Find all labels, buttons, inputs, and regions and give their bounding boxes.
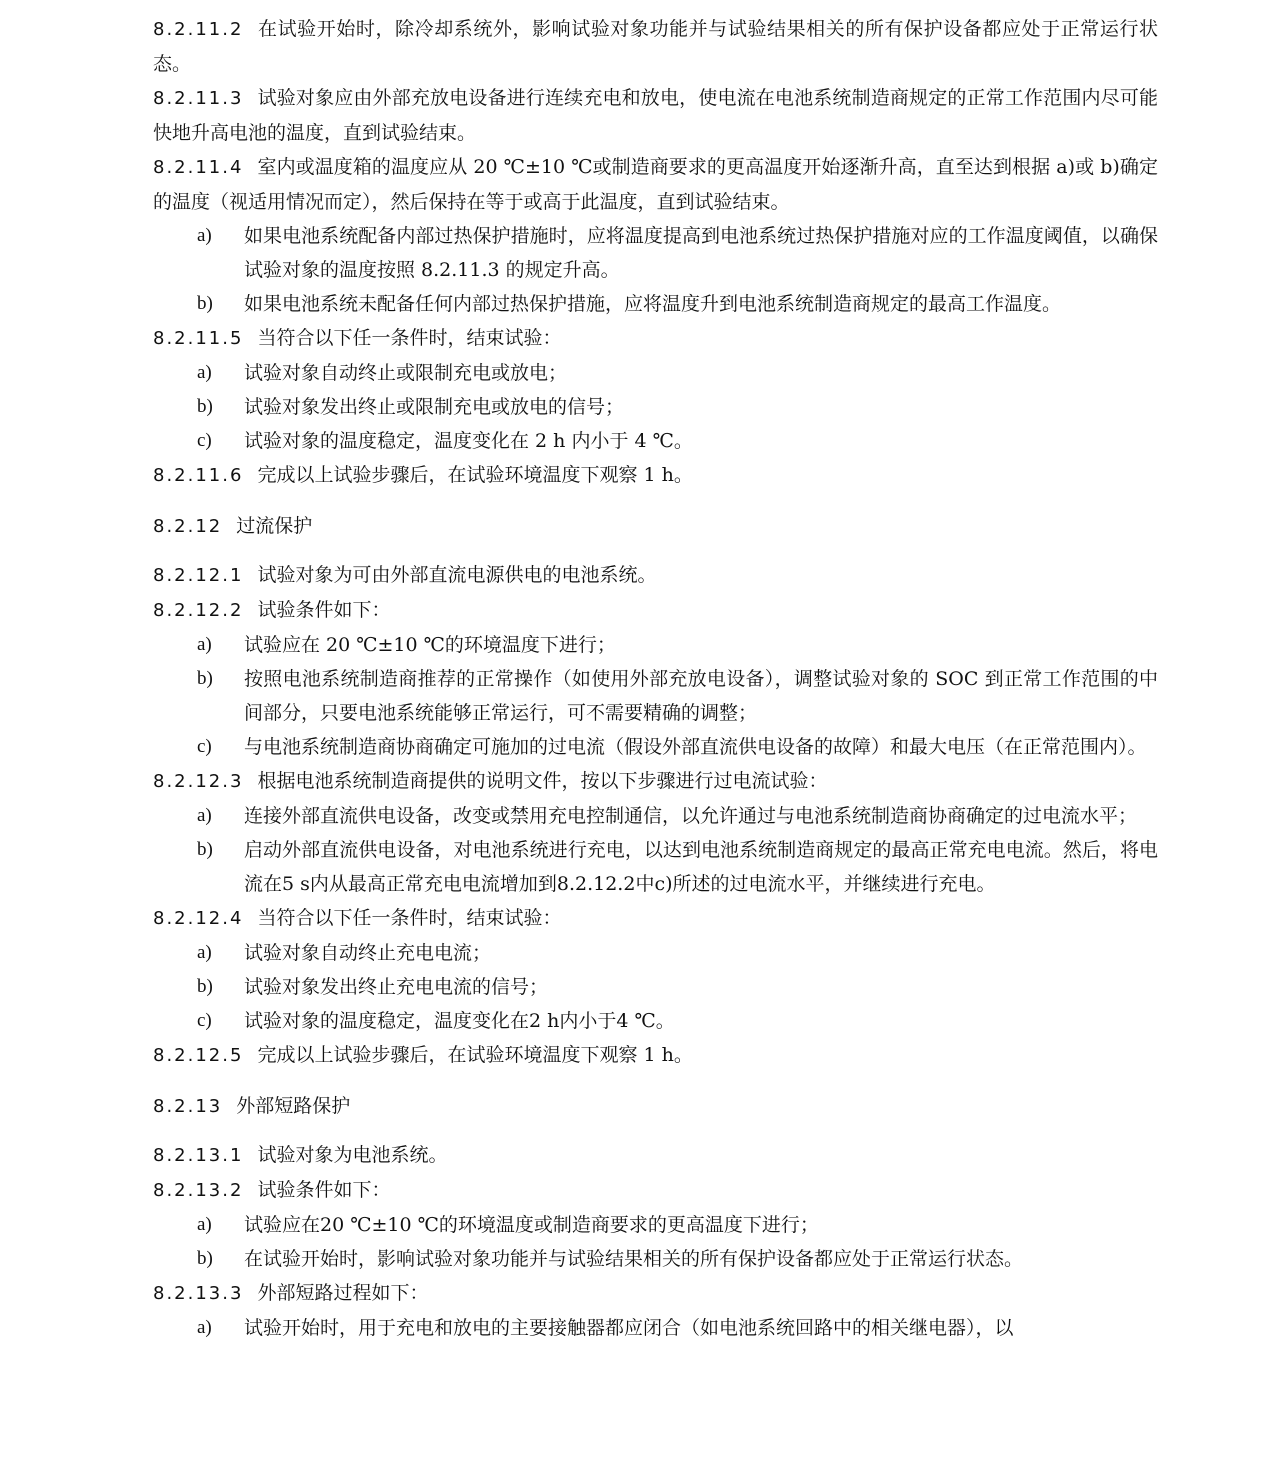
list-item-label: c) <box>197 424 212 458</box>
document-page: 8.2.11.2在试验开始时，除冷却系统外，影响试验对象功能并与试验结果相关的所… <box>153 12 1158 1345</box>
clause-number: 8.2.12.1 <box>153 565 243 586</box>
clause-number: 8.2.12.2 <box>153 600 243 621</box>
list-item-label: a) <box>197 936 212 970</box>
list-item-text: 试验应在 20 ℃±10 ℃的环境温度下进行； <box>244 634 616 656</box>
list-item-text: 如果电池系统未配备任何内部过热保护措施，应将温度升到电池系统制造商规定的最高工作… <box>244 293 1061 315</box>
list-item: a)试验开始时，用于充电和放电的主要接触器都应闭合（如电池系统回路中的相关继电器… <box>153 1311 1158 1345</box>
clause-8-2-12-5: 8.2.12.5完成以上试验步骤后，在试验环境温度下观察 1 h。 <box>153 1038 1158 1073</box>
clause-number: 8.2.11.5 <box>153 328 243 349</box>
list-item-text: 试验对象自动终止充电电流； <box>244 942 491 964</box>
list-item: a)试验对象自动终止或限制充电或放电； <box>153 356 1158 390</box>
clause-number: 8.2.12.5 <box>153 1045 243 1066</box>
clause-8-2-11-3: 8.2.11.3试验对象应由外部充放电设备进行连续充电和放电，使电流在电池系统制… <box>153 81 1158 150</box>
list-item-text: 试验应在20 ℃±10 ℃的环境温度或制造商要求的更高温度下进行； <box>244 1214 819 1236</box>
list-item-label: a) <box>197 1208 212 1242</box>
clause-number: 8.2.11.2 <box>153 19 243 40</box>
heading-number: 8.2.13 <box>153 1096 222 1117</box>
list-item: b)试验对象发出终止或限制充电或放电的信号； <box>153 390 1158 424</box>
list-item: c)与电池系统制造商协商确定可施加的过电流（假设外部直流供电设备的故障）和最大电… <box>153 730 1158 764</box>
list-item-label: a) <box>197 628 212 662</box>
clause-text: 完成以上试验步骤后，在试验环境温度下观察 1 h。 <box>257 464 692 486</box>
clause-number: 8.2.11.6 <box>153 465 243 486</box>
list-item: c)试验对象的温度稳定，温度变化在2 h内小于4 ℃。 <box>153 1004 1158 1038</box>
list-item-label: a) <box>197 219 212 253</box>
heading-number: 8.2.12 <box>153 516 222 537</box>
list-item-label: a) <box>197 1311 212 1345</box>
clause-8-2-13-1: 8.2.13.1试验对象为电池系统。 <box>153 1138 1158 1173</box>
list-item-label: b) <box>197 390 213 424</box>
list-item: c)试验对象的温度稳定，温度变化在 2 h 内小于 4 ℃。 <box>153 424 1158 458</box>
clause-text: 当符合以下任一条件时，结束试验： <box>257 327 561 349</box>
clause-number: 8.2.13.2 <box>153 1180 243 1201</box>
clause-8-2-12-4: 8.2.12.4当符合以下任一条件时，结束试验： <box>153 901 1158 936</box>
list-item: b)如果电池系统未配备任何内部过热保护措施，应将温度升到电池系统制造商规定的最高… <box>153 287 1158 321</box>
clause-8-2-12-2: 8.2.12.2试验条件如下： <box>153 593 1158 628</box>
list-item: a)连接外部直流供电设备，改变或禁用充电控制通信，以允许通过与电池系统制造商协商… <box>153 799 1158 833</box>
clause-text: 试验条件如下： <box>257 599 390 621</box>
list-item: b)试验对象发出终止充电电流的信号； <box>153 970 1158 1004</box>
list-item-label: a) <box>197 356 212 390</box>
heading-title: 外部短路保护 <box>236 1095 350 1117</box>
clause-number: 8.2.12.3 <box>153 771 243 792</box>
list-item: b)启动外部直流供电设备，对电池系统进行充电，以达到电池系统制造商规定的最高正常… <box>153 833 1158 901</box>
list-item-label: b) <box>197 287 213 321</box>
list-item-text: 启动外部直流供电设备，对电池系统进行充电，以达到电池系统制造商规定的最高正常充电… <box>244 839 1158 895</box>
list-item-text: 试验对象的温度稳定，温度变化在2 h内小于4 ℃。 <box>244 1010 675 1032</box>
list-item: a)试验应在20 ℃±10 ℃的环境温度或制造商要求的更高温度下进行； <box>153 1208 1158 1242</box>
clause-number: 8.2.13.1 <box>153 1145 243 1166</box>
heading-title: 过流保护 <box>236 515 312 537</box>
clause-text: 试验对象为可由外部直流电源供电的电池系统。 <box>257 564 656 586</box>
clause-text: 试验条件如下： <box>257 1179 390 1201</box>
clause-text: 根据电池系统制造商提供的说明文件，按以下步骤进行过电流试验： <box>257 770 827 792</box>
list-item-label: b) <box>197 662 213 696</box>
clause-8-2-11-2: 8.2.11.2在试验开始时，除冷却系统外，影响试验对象功能并与试验结果相关的所… <box>153 12 1158 81</box>
clause-text: 当符合以下任一条件时，结束试验： <box>257 907 561 929</box>
list-item-label: b) <box>197 970 213 1004</box>
list-item-text: 试验开始时，用于充电和放电的主要接触器都应闭合（如电池系统回路中的相关继电器），… <box>244 1317 1014 1339</box>
list-item: a)如果电池系统配备内部过热保护措施时，应将温度提高到电池系统过热保护措施对应的… <box>153 219 1158 287</box>
list-item-text: 试验对象发出终止或限制充电或放电的信号； <box>244 396 624 418</box>
list-item: a)试验对象自动终止充电电流； <box>153 936 1158 970</box>
clause-8-2-13-3: 8.2.13.3外部短路过程如下： <box>153 1276 1158 1311</box>
clause-text: 试验对象应由外部充放电设备进行连续充电和放电，使电流在电池系统制造商规定的正常工… <box>153 87 1158 144</box>
clause-8-2-11-5: 8.2.11.5当符合以下任一条件时，结束试验： <box>153 321 1158 356</box>
list-item-label: a) <box>197 799 212 833</box>
clause-8-2-13-2: 8.2.13.2试验条件如下： <box>153 1173 1158 1208</box>
list-item-text: 连接外部直流供电设备，改变或禁用充电控制通信，以允许通过与电池系统制造商协商确定… <box>244 805 1137 827</box>
list-item-label: c) <box>197 730 212 764</box>
clause-text: 试验对象为电池系统。 <box>257 1144 447 1166</box>
clause-8-2-12-1: 8.2.12.1试验对象为可由外部直流电源供电的电池系统。 <box>153 558 1158 593</box>
clause-8-2-11-6: 8.2.11.6完成以上试验步骤后，在试验环境温度下观察 1 h。 <box>153 458 1158 493</box>
list-item-text: 试验对象发出终止充电电流的信号； <box>244 976 548 998</box>
list-item-text: 按照电池系统制造商推荐的正常操作（如使用外部充放电设备），调整试验对象的 SOC… <box>244 668 1158 724</box>
list-item: b)在试验开始时，影响试验对象功能并与试验结果相关的所有保护设备都应处于正常运行… <box>153 1242 1158 1276</box>
list-item: a)试验应在 20 ℃±10 ℃的环境温度下进行； <box>153 628 1158 662</box>
list-item-text: 如果电池系统配备内部过热保护措施时，应将温度提高到电池系统过热保护措施对应的工作… <box>244 225 1158 281</box>
clause-text: 完成以上试验步骤后，在试验环境温度下观察 1 h。 <box>257 1044 692 1066</box>
list-item: b)按照电池系统制造商推荐的正常操作（如使用外部充放电设备），调整试验对象的 S… <box>153 662 1158 730</box>
clause-text: 外部短路过程如下： <box>257 1282 428 1304</box>
clause-number: 8.2.13.3 <box>153 1283 243 1304</box>
list-item-text: 与电池系统制造商协商确定可施加的过电流（假设外部直流供电设备的故障）和最大电压（… <box>244 736 1147 758</box>
clause-number: 8.2.11.3 <box>153 88 243 109</box>
clause-text: 室内或温度箱的温度应从 20 ℃±10 ℃或制造商要求的更高温度开始逐渐升高，直… <box>153 156 1158 213</box>
section-heading-8-2-13: 8.2.13外部短路保护 <box>153 1087 1158 1138</box>
clause-8-2-12-3: 8.2.12.3根据电池系统制造商提供的说明文件，按以下步骤进行过电流试验： <box>153 764 1158 799</box>
list-item-text: 在试验开始时，影响试验对象功能并与试验结果相关的所有保护设备都应处于正常运行状态… <box>244 1248 1023 1270</box>
clause-number: 8.2.12.4 <box>153 908 243 929</box>
list-item-text: 试验对象的温度稳定，温度变化在 2 h 内小于 4 ℃。 <box>244 430 693 452</box>
clause-8-2-11-4: 8.2.11.4室内或温度箱的温度应从 20 ℃±10 ℃或制造商要求的更高温度… <box>153 150 1158 219</box>
list-item-text: 试验对象自动终止或限制充电或放电； <box>244 362 567 384</box>
clause-number: 8.2.11.4 <box>153 157 243 178</box>
list-item-label: b) <box>197 1242 213 1276</box>
list-item-label: b) <box>197 833 213 867</box>
section-heading-8-2-12: 8.2.12过流保护 <box>153 507 1158 558</box>
list-item-label: c) <box>197 1004 212 1038</box>
clause-text: 在试验开始时，除冷却系统外，影响试验对象功能并与试验结果相关的所有保护设备都应处… <box>153 18 1158 75</box>
